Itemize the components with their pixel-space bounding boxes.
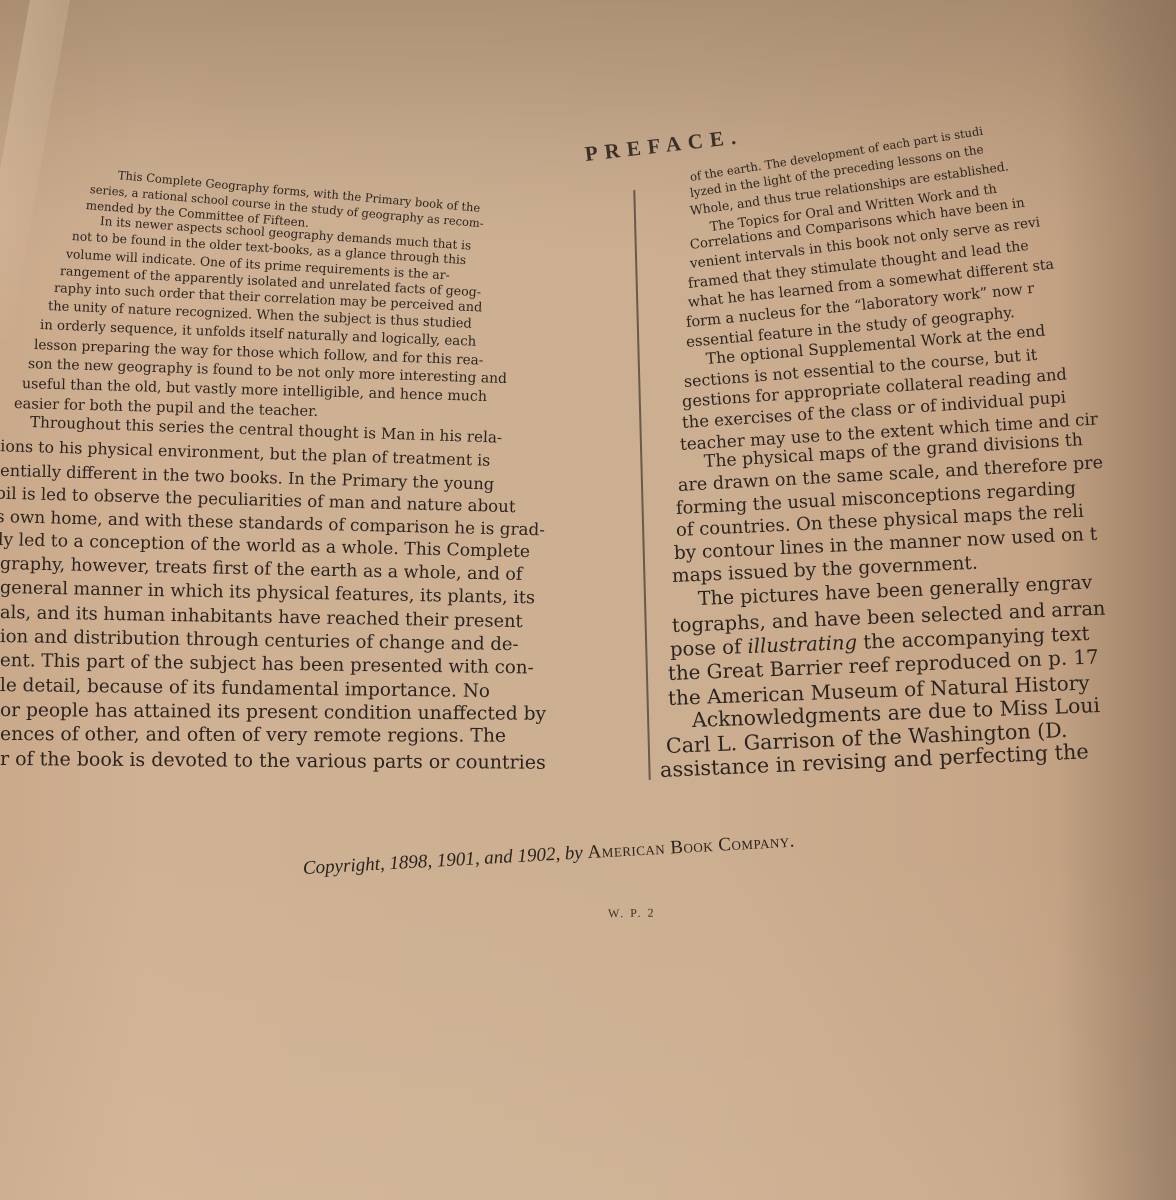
copyright-notice: Copyright, 1898, 1901, and 1902, by Amer… (302, 831, 795, 880)
text-line-prefix: pose of (670, 635, 748, 661)
text-line: ent. This part of the subject has been p… (0, 650, 534, 678)
publisher-name: American Book Company. (587, 831, 795, 864)
page-title: PREFACE. (584, 124, 745, 167)
text-line: ences of other, and often of very remote… (0, 724, 506, 747)
signature-mark: W. P. 2 (608, 906, 656, 922)
text-line: r of the book is devoted to the various … (0, 748, 546, 774)
text-line: le detail, because of its fundamental im… (0, 675, 490, 702)
italic-word: illustrating (747, 631, 858, 658)
copyright-text: Copyright, 1898, 1901, and 1902, by (302, 842, 588, 879)
text-line: or people has attained its present condi… (0, 700, 546, 725)
column-divider (633, 190, 650, 780)
